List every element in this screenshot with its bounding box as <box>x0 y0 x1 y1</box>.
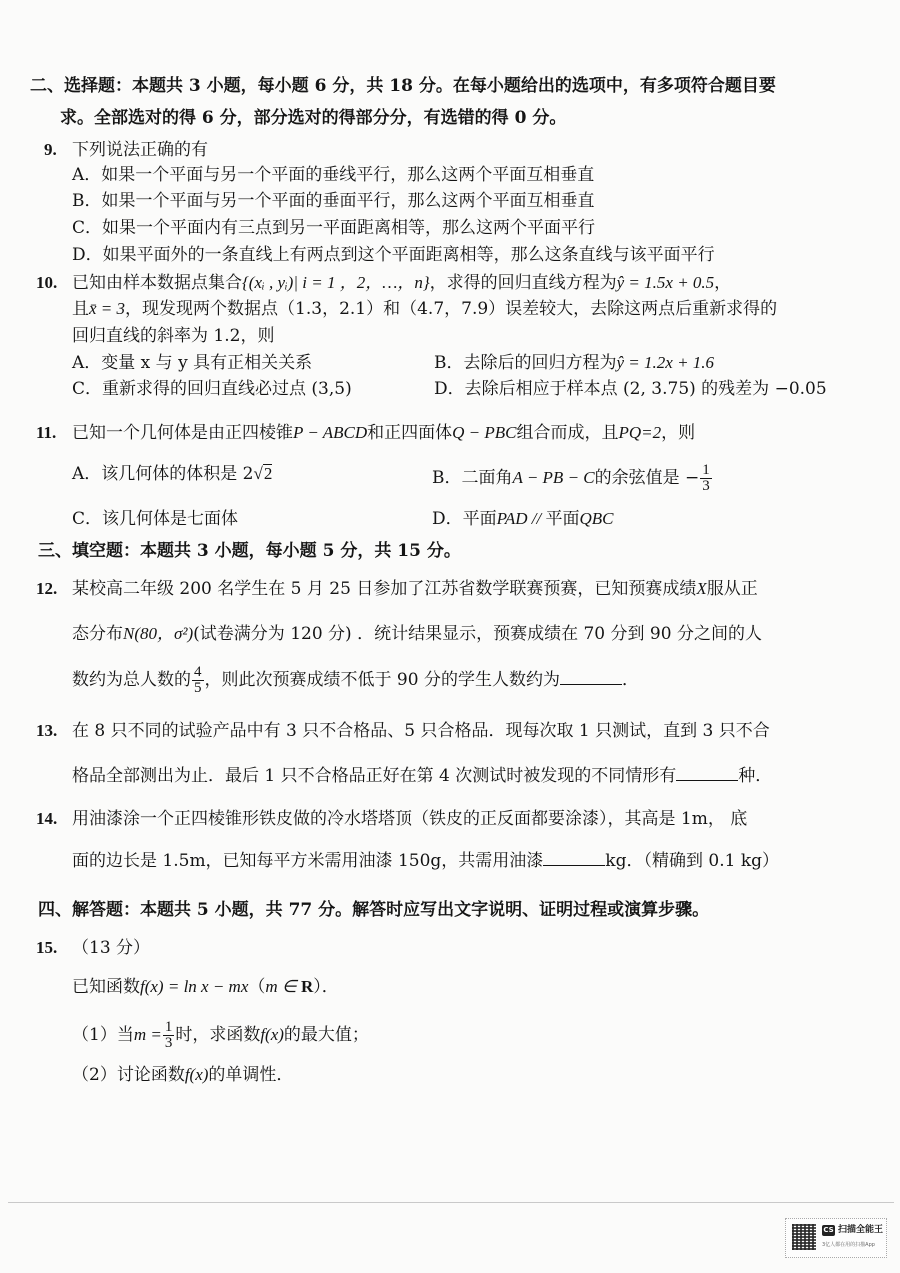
watermark-subtitle: 3亿人都在用的扫描App <box>822 1241 875 1249</box>
question-10-option-a: A．变量 x 与 y 具有正相关关系 <box>72 352 312 374</box>
question-12-line1: 12.某校高二年级 200 名学生在 5 月 25 日参加了江苏省数学联赛预赛，… <box>36 578 758 600</box>
section-3-title: 三、填空题：本题共 3 小题，每小题 5 分，共 15 分。 <box>38 540 461 562</box>
section-2-title-line1: 二、选择题：本题共 3 小题，每小题 6 分，共 18 分。在每小题给出的选项中… <box>30 75 776 97</box>
question-10-stem-line1: 10.已知由样本数据点集合{(xᵢ , yᵢ)| i = 1 ，2，…，n}，求… <box>36 272 731 294</box>
scanner-watermark: CS 扫描全能王 3亿人都在用的扫描App <box>785 1218 887 1258</box>
question-14-line2: 面的边长是 1.5m，已知每平方米需用油漆 150g，共需用油漆kg．（精确到 … <box>72 850 779 872</box>
sample-set-expression: {(xᵢ , yᵢ)| i = 1 ，2，…，n} <box>242 273 430 292</box>
x-bar-expression: x̄ = 3 <box>89 299 125 318</box>
question-9-option-c: C．如果一个平面内有三点到另一平面距离相等，那么这两个平面平行 <box>72 217 595 239</box>
fraction-four-fifths: 45 <box>192 665 204 696</box>
fraction-one-third: 13 <box>700 463 712 494</box>
question-9-stem: 9.下列说法正确的有 <box>44 139 208 161</box>
answer-blank[interactable] <box>543 851 605 866</box>
fraction-one-third: 13 <box>163 1020 175 1051</box>
question-number: 9. <box>44 139 72 161</box>
function-expression: f(x) = ln x − mx <box>140 977 248 996</box>
question-15-given: 已知函数f(x) = ln x − mx（m ∈ R）． <box>72 976 339 998</box>
exam-page: 二、选择题：本题共 3 小题，每小题 6 分，共 18 分。在每小题给出的选项中… <box>0 0 900 1273</box>
camscanner-logo-icon: CS <box>822 1225 835 1236</box>
question-number: 11. <box>36 422 72 444</box>
qr-code-icon <box>792 1224 816 1250</box>
sqrt-radicand: 2 <box>263 464 273 483</box>
question-10-option-b: B．去除后的回归方程为ŷ = 1.2x + 1.6 <box>434 352 714 374</box>
question-9-option-b: B．如果一个平面与另一个平面的垂面平行，那么这两个平面互相垂直 <box>72 190 595 212</box>
question-number: 10. <box>36 272 72 294</box>
question-11-option-c: C．该几何体是七面体 <box>72 508 238 530</box>
question-10-option-d: D．去除后相应于样本点 (2, 3.75) 的残差为 −0.05 <box>434 378 827 400</box>
regression-equation: ŷ = 1.5x + 0.5 <box>617 273 715 292</box>
question-15-header: 15.（13 分） <box>36 937 150 959</box>
question-13-line2: 格品全部测出为止．最后 1 只不合格品正好在第 4 次测试时被发现的不同情形有种… <box>72 765 772 787</box>
question-11-stem: 11.已知一个几何体是由正四棱锥P − ABCD和正四面体Q − PBC组合而成… <box>36 422 695 444</box>
question-9-option-a: A．如果一个平面与另一个平面的垂线平行，那么这两个平面互相垂直 <box>72 164 594 186</box>
page-divider <box>8 1202 894 1203</box>
section-4-title: 四、解答题：本题共 5 小题，共 77 分。解答时应写出文字说明、证明过程或演算… <box>38 899 709 921</box>
question-number: 12. <box>36 578 72 600</box>
question-15-part-1: （1）当m =13时，求函数f(x)的最大值； <box>72 1020 369 1051</box>
question-12-line2: 态分布N(80，σ²)(试卷满分为 120 分) ．统计结果显示，预赛成绩在 7… <box>72 623 762 645</box>
question-9-option-d: D．如果平面外的一条直线上有两点到这个平面距离相等，那么这条直线与该平面平行 <box>72 244 715 266</box>
question-10-option-c: C．重新求得的回归直线必过点 (3,5) <box>72 378 352 400</box>
question-10-stem-line2: 且x̄ = 3，现发现两个数据点（1.3，2.1）和（4.7，7.9）误差较大，… <box>72 298 777 320</box>
question-12-line3: 数约为总人数的45，则此次预赛成绩不低于 90 分的学生人数约为． <box>72 665 639 696</box>
watermark-title: 扫描全能王 <box>838 1223 883 1237</box>
question-15-part-2: （2）讨论函数f(x)的单调性． <box>72 1064 293 1086</box>
question-10-stem-line3: 回归直线的斜率为 1.2，则 <box>72 325 274 347</box>
question-14-line1: 14.用油漆涂一个正四棱锥形铁皮做的冷水塔塔顶（铁皮的正反面都要涂漆），其高是 … <box>36 808 747 830</box>
answer-blank[interactable] <box>560 670 622 685</box>
question-11-option-a: A．该几何体的体积是 2√2 <box>72 463 272 485</box>
question-13-line1: 13.在 8 只不同的试验产品中有 3 只不合格品、5 只合格品．现每次取 1 … <box>36 720 770 742</box>
normal-distribution-expression: N(80，σ²) <box>123 624 193 643</box>
question-number: 14. <box>36 808 72 830</box>
question-number: 13. <box>36 720 72 742</box>
question-number: 15. <box>36 937 72 959</box>
question-11-option-b: B．二面角A − PB − C的余弦值是 −13 <box>432 463 713 494</box>
question-11-option-d: D．平面PAD // 平面QBC <box>432 508 613 530</box>
section-2-title-line2: 求。全部选对的得 6 分，部分选对的得部分分，有选错的得 0 分。 <box>60 107 566 129</box>
answer-blank[interactable] <box>676 766 738 781</box>
